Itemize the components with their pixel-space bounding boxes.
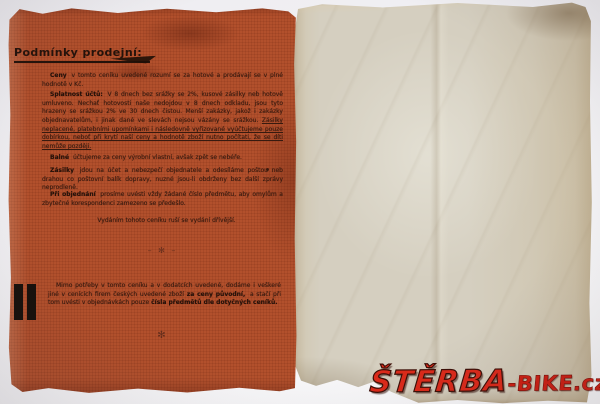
paragraph-lead: Zásilky xyxy=(50,167,74,174)
paragraph-packing: Balné účtujeme za ceny výrobní vlastní, … xyxy=(42,154,283,163)
footer-bold-text: za ceny původní, xyxy=(187,291,246,298)
paragraph-payment-terms: Splatnost účtů: V 8 dnech bez srážky se … xyxy=(42,91,283,152)
paragraph-text: v tomto ceníku uvedené rozumí se za hoto… xyxy=(42,72,283,88)
watermark-suffix: -BIKE.cz xyxy=(506,371,600,396)
sterba-bike-watermark: ŠTĚRBA -BIKE.cz xyxy=(368,363,600,400)
paragraph-prices: Ceny v tomto ceníku uvedené rozumí se za… xyxy=(42,72,283,89)
paragraph-lead: Při objednání xyxy=(50,191,96,198)
blank-aged-page xyxy=(292,1,593,404)
paragraph-lead: Splatnost účtů: xyxy=(50,91,103,98)
paragraph-lead: Balné xyxy=(50,154,69,161)
paragraph-ordering: Při objednání prosíme uvésti vždy žádané… xyxy=(42,191,283,208)
black-bar xyxy=(14,284,23,320)
watermark-brand-logo: ŠTĚRBA xyxy=(368,364,509,400)
fleuron-ornament-bottom: ✻ xyxy=(42,330,283,341)
terms-of-sale-page: Podmínky prodejní: Ceny v tomto ceníku u… xyxy=(8,6,297,394)
fleuron-ornament-top: – ✻ – xyxy=(42,246,283,255)
paragraph-text: účtujeme za ceny výrobní vlastní, avšak … xyxy=(73,154,242,161)
footer-text: Mimo potřeby v tomto ceníku a v dodatcíc… xyxy=(48,282,281,298)
paragraph-shipments: Zásilky jdou na účet a nebezpečí objedna… xyxy=(42,167,283,193)
edition-notice: Vydáním tohoto ceníku ruší se vydání dří… xyxy=(42,217,283,226)
photo-of-catalog-pages: Podmínky prodejní: Ceny v tomto ceníku u… xyxy=(0,0,600,404)
black-bar xyxy=(27,284,36,320)
paragraph-lead: Ceny xyxy=(50,72,67,79)
paragraph-text: jdou na účet a nebezpečí objednatele a o… xyxy=(42,167,283,191)
footer-paragraph: Mimo potřeby v tomto ceníku a v dodatcíc… xyxy=(48,282,281,308)
margin-emphasis-bars xyxy=(14,284,36,320)
footer-bold-text: čísla předmětů dle dotyčných ceníků. xyxy=(151,299,277,306)
